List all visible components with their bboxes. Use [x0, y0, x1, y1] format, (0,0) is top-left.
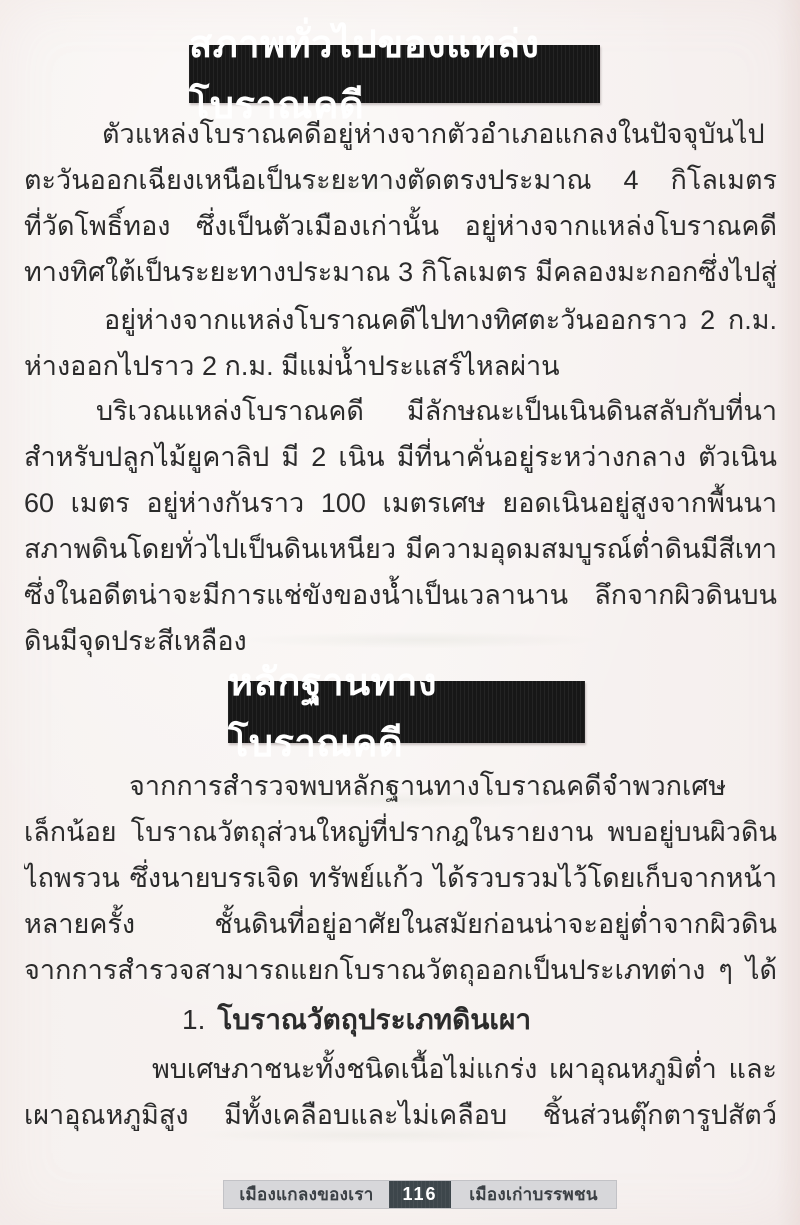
paragraph-site-location: ตัวแหล่งโบราณคดีอยู่ห่างจากตัวอำเภอแกลงใ… [24, 111, 777, 295]
paragraph-survey-findings: จากการสำรวจพบหลักฐานทางโบราณคดีจำพวกเศษภ… [24, 763, 777, 993]
page-number-badge: 116 [389, 1181, 451, 1208]
paragraph-line: ตะวันออกเฉียงเหนือเป็นระยะทางตัดตรงประมา… [24, 157, 777, 203]
paragraph-line: ห่างออกไปราว 2 ก.ม. มีแม่น้ำประแสร์ไหลผ่… [24, 343, 777, 389]
page-number: 116 [402, 1184, 437, 1205]
section-banner-archaeological-evidence: หลักฐานทางโบราณคดี [228, 681, 585, 743]
paragraph-line: บริเวณแหล่งโบราณคดี มีลักษณะเป็นเนินดินส… [24, 388, 777, 434]
paragraph-line: จากการสำรวจสามารถแยกโบราณวัตถุออกเป็นประ… [24, 947, 777, 993]
footer-book-title-right: เมืองเก่าบรรพชน [451, 1181, 616, 1208]
paragraph-distances: อยู่ห่างจากแหล่งโบราณคดีไปทางทิศตะวันออก… [24, 297, 777, 389]
paragraph-line: เล็กน้อย โบราณวัตถุส่วนใหญ่ที่ปรากฎในราย… [24, 809, 777, 855]
paragraph-line: 60 เมตร อยู่ห่างกันราว 100 เมตรเศษ ยอดเน… [24, 480, 777, 526]
paragraph-line: เผาอุณหภูมิสูง มีทั้งเคลือบและไม่เคลือบ … [24, 1092, 777, 1138]
paragraph-line: สำหรับปลูกไม้ยูคาลิป มี 2 เนิน มีที่นาคั… [24, 434, 777, 480]
paragraph-line: ทางทิศใต้เป็นระยะทางประมาณ 3 กิโลเมตร มี… [24, 249, 777, 295]
section-banner-general-conditions: สภาพทั่วไปของแหล่งโบราณคดี [189, 45, 600, 103]
paragraph-line: สภาพดินโดยทั่วไปเป็นดินเหนียว มีความอุดม… [24, 526, 777, 572]
paragraph-line: ซึ่งในอดีตน่าจะมีการแช่ขังของน้ำเป็นเวลา… [24, 572, 777, 618]
subheading-number: 1. [182, 1004, 205, 1035]
paragraph-pottery-types: พบเศษภาชนะทั้งชนิดเนื้อไม่แกร่ง เผาอุณหภ… [24, 1046, 777, 1138]
scanned-book-page: สภาพทั่วไปของแหล่งโบราณคดี ตัวแหล่งโบราณ… [0, 0, 800, 1225]
paragraph-line: หลายครั้ง ชั้นดินที่อยู่อาศัยในสมัยก่อนน… [24, 901, 777, 947]
subheading-earthenware-artifacts: 1.โบราณวัตถุประเภทดินเผา [24, 997, 777, 1043]
paragraph-line: จากการสำรวจพบหลักฐานทางโบราณคดีจำพวกเศษภ… [24, 763, 777, 809]
subheading-title: โบราณวัตถุประเภทดินเผา [217, 1004, 531, 1035]
footer-page-bar: เมืองแกลงของเรา 116 เมืองเก่าบรรพชน [223, 1180, 617, 1209]
paragraph-line: อยู่ห่างจากแหล่งโบราณคดีไปทางทิศตะวันออก… [24, 297, 777, 343]
paragraph-line: ที่วัดโพธิ์ทอง ซึ่งเป็นตัวเมืองเก่านั้น … [24, 203, 777, 249]
footer-book-title-left: เมืองแกลงของเรา [224, 1181, 389, 1208]
paragraph-line: ไถพรวน ซึ่งนายบรรเจิด ทรัพย์แก้ว ได้รวบร… [24, 855, 777, 901]
paragraph-terrain-description: บริเวณแหล่งโบราณคดี มีลักษณะเป็นเนินดินส… [24, 388, 777, 664]
section-title: หลักฐานทางโบราณคดี [228, 651, 585, 773]
paragraph-line: ตัวแหล่งโบราณคดีอยู่ห่างจากตัวอำเภอแกลงใ… [24, 111, 777, 157]
paragraph-line: พบเศษภาชนะทั้งชนิดเนื้อไม่แกร่ง เผาอุณหภ… [24, 1046, 777, 1092]
